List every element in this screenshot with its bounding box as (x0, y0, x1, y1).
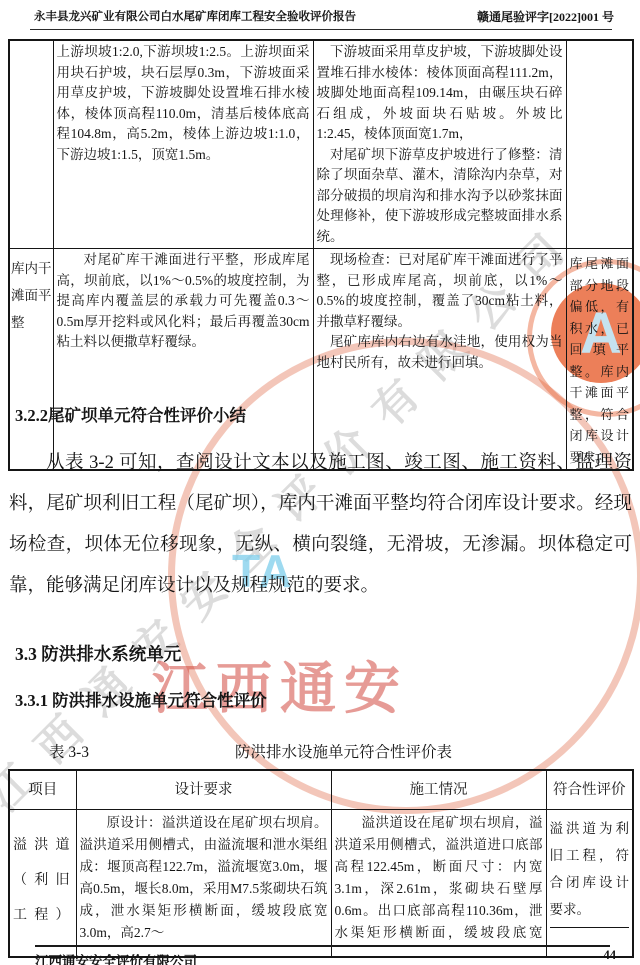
construction-text: 现场检查：已对尾矿库干滩面进行了平整，已形成库尾高，坝前底，以1%～0.5%的坡… (317, 250, 563, 332)
stamp-text: 江西通安 (152, 645, 408, 725)
design-text: 原设计：溢洪道设在尾矿坝右坝肩。溢洪道采用侧槽式，由溢流堰和泄水渠组成：堰顶高程… (80, 812, 328, 940)
column-header: 设计要求 (76, 770, 331, 810)
column-header: 符合性评价 (546, 770, 633, 810)
header-divider (30, 29, 612, 30)
construction-cell: 溢洪道设在尾矿坝右坝肩，溢洪道采用侧槽式，溢洪道进口底部高程122.45m，断面… (331, 810, 546, 958)
evaluation-cell (566, 40, 633, 249)
section-heading-33: 3.3 防洪排水系统单元 (15, 641, 181, 666)
design-text: 上游坝坡1:2.0,下游坝坡1:2.5。上游坝面采用块石护坡，块石层厚0.3m，… (57, 42, 310, 165)
evaluation-text: 溢洪道为利旧工程，符合闭库设计要求。 (550, 812, 630, 928)
header-report-title: 永丰县龙兴矿业有限公司白水尾矿库闭库工程安全验收评价报告 (34, 8, 356, 25)
design-cell: 上游坝坡1:2.0,下游坝坡1:2.5。上游坝面采用块石护坡，块石层厚0.3m，… (53, 40, 313, 249)
table-caption-number: 表 3-3 (49, 740, 89, 762)
column-header: 项目 (9, 770, 76, 810)
construction-text: 对尾矿坝下游草皮护坡进行了修整：清除了坝面杂草、灌木，清除沟内杂草，对部分破损的… (317, 145, 563, 248)
footer-divider (35, 945, 610, 947)
construction-text: 尾矿库库内右边有水洼地，使用权为当地村民所有，故未进行回填。 (317, 332, 563, 373)
page-number: 44 (604, 948, 617, 963)
table-row: 上游坝坡1:2.0,下游坝坡1:2.5。上游坝面采用块石护坡，块石层厚0.3m，… (9, 40, 633, 249)
construction-text: 下游坡面采用草皮护坡，下游坡脚处设置堆石排水棱体：棱体顶面高程111.2m，坡脚… (317, 42, 563, 145)
construction-cell: 现场检查：已对尾矿库干滩面进行了平整，已形成库尾高，坝前底，以1%～0.5%的坡… (313, 249, 566, 471)
evaluation-cell: 溢洪道为利旧工程，符合闭库设计要求。 (546, 810, 633, 958)
section-heading-331: 3.3.1 防洪排水设施单元符合性评价 (15, 687, 267, 711)
header-doc-number: 赣通尾验评字[2022]001 号 (477, 8, 614, 25)
design-text: 对尾矿库干滩面进行平整，形成库尾高，坝前底，以1%～0.5%的坡度控制，为提高库… (57, 250, 310, 353)
design-cell: 原设计：溢洪道设在尾矿坝右坝肩。溢洪道采用侧槽式，由溢流堰和泄水渠组成：堰顶高程… (76, 810, 331, 958)
report-page: 江西通安安全评价有限公司 江西通安 A TA 永丰县龙兴矿业有限公司白水尾矿库闭… (0, 0, 640, 965)
section-heading-322: 3.2.2尾矿坝单元符合性评价小结 (15, 402, 246, 426)
table-row: 库内干滩面平整 对尾矿库干滩面进行平整，形成库尾高，坝前底，以1%～0.5%的坡… (9, 249, 633, 471)
design-cell: 对尾矿库干滩面进行平整，形成库尾高，坝前底，以1%～0.5%的坡度控制，为提高库… (53, 249, 313, 471)
table-header-row: 项目 设计要求 施工情况 符合性评价 (9, 770, 633, 810)
column-header: 施工情况 (331, 770, 546, 810)
footer-company: 江西通安安全评价有限公司 (35, 950, 197, 965)
table-row: 溢洪道（利旧工程） 原设计：溢洪道设在尾矿坝右坝肩。溢洪道采用侧槽式，由溢流堰和… (9, 810, 633, 958)
item-cell: 库内干滩面平整 (9, 249, 53, 471)
construction-text: 溢洪道设在尾矿坝右坝肩，溢洪道采用侧槽式，溢洪道进口底部高程122.45m，断面… (335, 812, 543, 940)
page-header: 永丰县龙兴矿业有限公司白水尾矿库闭库工程安全验收评价报告 赣通尾验评字[2022… (34, 8, 614, 25)
evaluation-cell: 库尾滩面部分地段偏低，有积水，已回填平整。库内干滩面平整，符合闭库设计要求。 (566, 249, 633, 471)
table-caption-title: 防洪排水设施单元符合性评价表 (235, 740, 452, 762)
item-cell (9, 40, 53, 249)
flood-drainage-evaluation-table: 项目 设计要求 施工情况 符合性评价 溢洪道（利旧工程） 原设计：溢洪道设在尾矿… (8, 769, 634, 958)
construction-cell: 下游坡面采用草皮护坡，下游坡脚处设置堆石排水棱体：棱体顶面高程111.2m，坡脚… (313, 40, 566, 249)
item-cell: 溢洪道（利旧工程） (9, 810, 76, 958)
item-text: 溢洪道（利旧工程） (13, 810, 73, 956)
section-paragraph-322: 从表 3-2 可知，查阅设计文本以及施工图、竣工图、施工资料、监理资料，尾矿坝利… (9, 443, 632, 607)
